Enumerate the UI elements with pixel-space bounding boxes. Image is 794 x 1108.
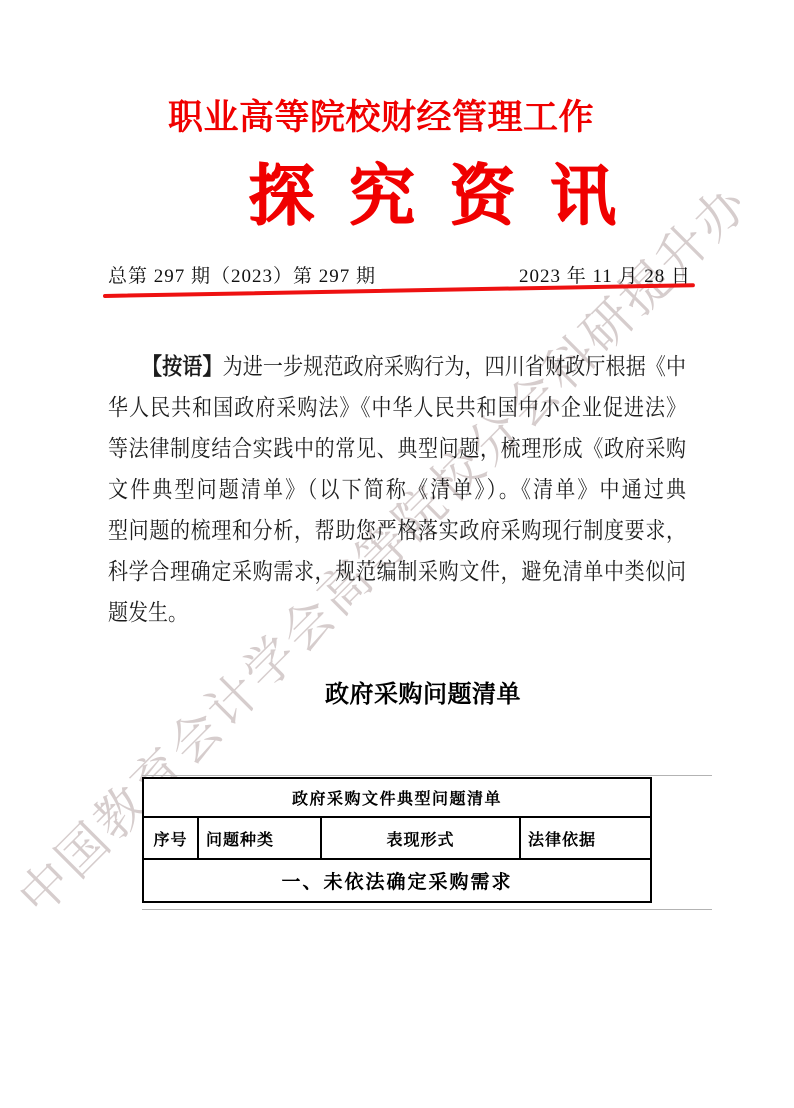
newsletter-title: 探 究 资 讯 <box>248 160 625 234</box>
table-grid-shadow-bottom <box>142 909 712 910</box>
table-group-row: 一、未依法确定采购需求 <box>143 859 651 902</box>
issue-number: 总第 297 期（2023）第 297 期 <box>108 263 376 291</box>
document-page: 中国教育会计学会高等院校分会科研提升办 职业高等院校财经管理工作 探 究 资 讯… <box>0 0 794 1108</box>
column-header-legal-basis: 法律依据 <box>520 817 651 859</box>
column-header-index: 序号 <box>143 817 198 859</box>
newsletter-supertitle: 职业高等院校财经管理工作 <box>168 97 594 139</box>
table-grid-shadow-top <box>142 775 712 776</box>
paragraph-text: 为进一步规范政府采购行为，四川省财政厅根据《中 <box>223 354 686 379</box>
column-header-problem-type: 问题种类 <box>198 817 321 859</box>
column-header-manifestation: 表现形式 <box>321 817 520 859</box>
section-heading: 政府采购问题清单 <box>325 681 521 709</box>
table-title-cell: 政府采购文件典型问题清单 <box>143 778 651 817</box>
paragraph-line: 题发生。 <box>108 590 686 637</box>
problem-list-table: 政府采购文件典型问题清单 序号 问题种类 表现形式 法律依据 一、未依法确定采购… <box>142 777 652 903</box>
editor-note-paragraph: 【按语】为进一步规范政府采购行为，四川省财政厅根据《中 华人民共和国政府采购法》… <box>108 347 686 634</box>
table-header-row: 序号 问题种类 表现形式 法律依据 <box>143 817 651 859</box>
editor-note-label: 【按语】 <box>142 354 223 379</box>
table-title-row: 政府采购文件典型问题清单 <box>143 778 651 817</box>
group-row-cell: 一、未依法确定采购需求 <box>143 859 651 902</box>
